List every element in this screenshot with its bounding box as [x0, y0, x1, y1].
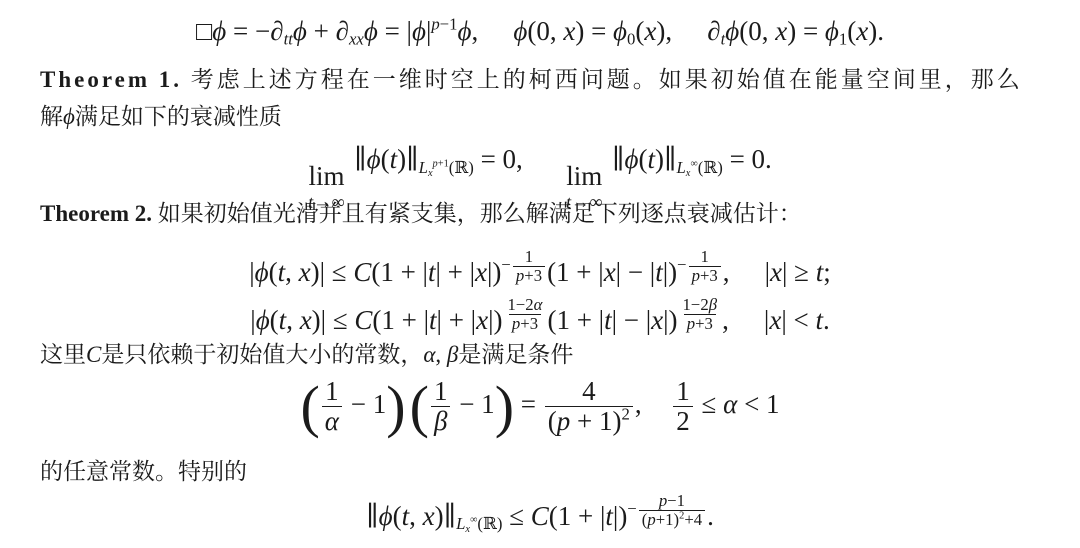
constants-description-text: 这里C是只依赖于初始值大小的常数，α, β是满足条件 — [40, 338, 1044, 371]
equation-final-sup-norm-decay: ∥ϕ(t, x)∥Lx∞(ℝ) ≤ C(1 + |t|)−p−1(p+1)2+4… — [0, 492, 1080, 534]
document-page: □ϕ = −∂ttϕ + ∂xxϕ = |ϕ|p−1ϕ,ϕ(0, x) = ϕ0… — [0, 0, 1080, 548]
equation-alpha-beta-condition: (1α − 1)(1β − 1) = 4(p + 1)2,12 ≤ α < 1 — [0, 377, 1080, 436]
theorem1-text-line1: Theorem 1. 考虑上述方程在一维时空上的柯西问题。如果初始值在能量空间里… — [40, 63, 1044, 96]
equation-pointwise-estimate-interior: |ϕ(t, x)| ≤ C(1 + |t| + |x|)1−2αp+3(1 + … — [0, 296, 1080, 338]
arbitrary-constants-text: 的任意常数。特别的 — [40, 455, 1044, 488]
equation-pointwise-estimate-exterior: |ϕ(t, x)| ≤ C(1 + |t| + |x|)−1p+3(1 + |x… — [0, 248, 1080, 290]
equation-wave-cauchy-problem: □ϕ = −∂ttϕ + ∂xxϕ = |ϕ|p−1ϕ,ϕ(0, x) = ϕ0… — [0, 13, 1080, 49]
theorem2-text: Theorem 2. 如果初始值光滑并且有紧支集，那么解满足下列逐点衰减估计： — [40, 197, 1044, 230]
theorem1-text-line2: 解ϕ满足如下的衰减性质 — [40, 100, 1044, 133]
